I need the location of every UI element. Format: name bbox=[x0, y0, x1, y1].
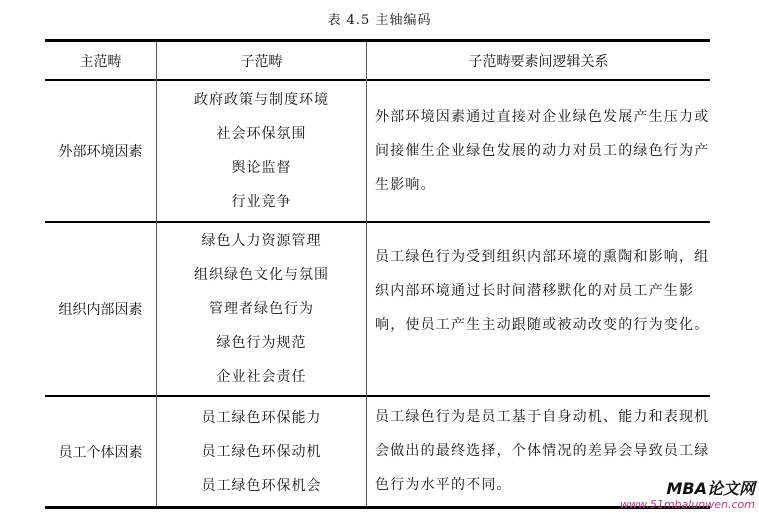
main-category-label: 组织内部因素 bbox=[59, 299, 143, 319]
header-label: 子范畴要素间逻辑关系 bbox=[469, 51, 609, 71]
sub-category-item: 管理者绿色行为 bbox=[209, 292, 314, 326]
sub-category-item: 绿色行为规范 bbox=[217, 326, 307, 360]
sub-category-item: 社会环保氛围 bbox=[217, 117, 307, 151]
watermark: MBA论文网 www.51mbalunwen.com bbox=[620, 480, 755, 511]
watermark-url: www.51mbalunwen.com bbox=[620, 498, 755, 511]
main-category-label: 外部环境因素 bbox=[59, 141, 143, 161]
sub-category-item: 行业竞争 bbox=[232, 185, 292, 219]
table-row-main: 员工个体因素 bbox=[45, 397, 156, 506]
sub-category-item: 员工绿色环保机会 bbox=[202, 469, 322, 503]
sub-category-item: 舆论监督 bbox=[232, 151, 292, 185]
relation-text: 外部环境因素通过直接对企业绿色发展产生压力或间接催生企业绿色发展的动力对员工的绿… bbox=[375, 100, 711, 202]
table-row-subs: 员工绿色环保能力 员工绿色环保动机 员工绿色环保机会 bbox=[157, 397, 366, 506]
table-row-main: 外部环境因素 bbox=[45, 81, 156, 221]
table-row-main: 组织内部因素 bbox=[45, 223, 156, 395]
header-main-category: 主范畴 bbox=[45, 42, 156, 79]
header-label: 主范畴 bbox=[80, 51, 122, 71]
table-row-subs: 绿色人力资源管理 组织绿色文化与氛围 管理者绿色行为 绿色行为规范 企业社会责任 bbox=[157, 223, 366, 395]
sub-category-item: 组织绿色文化与氛围 bbox=[194, 258, 329, 292]
table-row-subs: 政府政策与制度环境 社会环保氛围 舆论监督 行业竞争 bbox=[157, 81, 366, 221]
main-category-label: 员工个体因素 bbox=[59, 442, 143, 462]
sub-category-item: 员工绿色环保动机 bbox=[202, 435, 322, 469]
header-label: 子范畴 bbox=[241, 51, 283, 71]
sub-category-item: 企业社会责任 bbox=[217, 360, 307, 394]
watermark-brand: MBA论文网 bbox=[620, 480, 755, 498]
sub-category-item: 绿色人力资源管理 bbox=[202, 224, 322, 258]
header-relation: 子范畴要素间逻辑关系 bbox=[367, 42, 710, 79]
relation-text: 员工绿色行为受到组织内部环境的熏陶和影响，组织内部环境通过长时间潜移默化的对员工… bbox=[375, 240, 711, 342]
header-sub-category: 子范畴 bbox=[157, 42, 366, 79]
sub-category-item: 员工绿色环保能力 bbox=[202, 401, 322, 435]
sub-category-item: 政府政策与制度环境 bbox=[194, 83, 329, 117]
table-caption: 表 4.5 主轴编码 bbox=[0, 9, 759, 28]
column-divider bbox=[366, 42, 367, 506]
bottom-rule bbox=[45, 506, 710, 509]
